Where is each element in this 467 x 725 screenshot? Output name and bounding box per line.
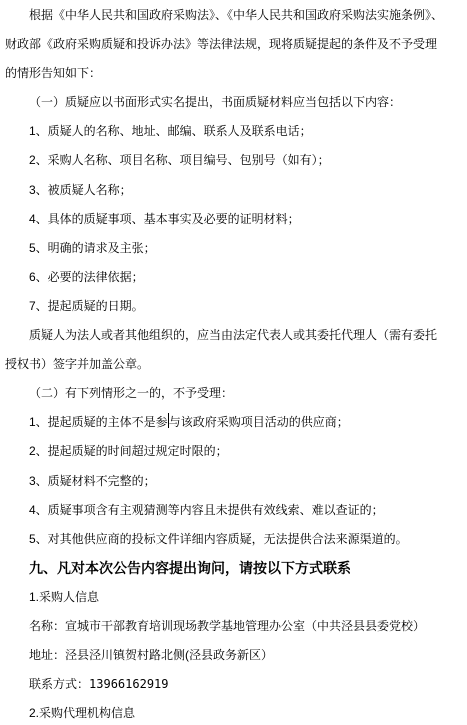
- doc-line-24: 2.采购代理机构信息: [5, 699, 463, 725]
- doc-line-9: 6、必要的法律依据；: [5, 263, 463, 292]
- doc-line-23: 联系方式：13966162919: [5, 670, 463, 699]
- doc-line-15: 2、提起质疑的时间超过规定时限的；: [5, 437, 463, 466]
- doc-line-14: 1、提起质疑的主体不是参与该政府采购项目活动的供应商；: [5, 408, 463, 437]
- contact-phone-number: 13966162919: [89, 677, 168, 691]
- doc-line-8: 5、明确的请求及主张；: [5, 234, 463, 263]
- doc-line-6: 3、被质疑人名称；: [5, 176, 463, 205]
- doc-line-22: 地址：泾县泾川镇贺村路北侧(泾县政务新区）: [5, 641, 463, 670]
- doc-line-17: 4、质疑事项含有主观猜测等内容且未提供有效线索、难以查证的；: [5, 496, 463, 525]
- doc-line-11: 质疑人为法人或者其他组织的，应当由法定代表人或其委托代理人（需有委托: [5, 321, 463, 350]
- section-heading-contact: 九、凡对本次公告内容提出询问，请按以下方式联系: [5, 554, 463, 583]
- doc-line-1: 财政部《政府采购质疑和投诉办法》等法律法规，现将质疑提起的条件及不予受理: [5, 30, 463, 59]
- doc-line-20: 1.采购人信息: [5, 583, 463, 612]
- doc-line-5: 2、采购人名称、项目名称、项目编号、包别号（如有）；: [5, 146, 463, 175]
- doc-line-14-text-post: 与该政府采购项目活动的供应商；: [169, 415, 349, 429]
- doc-line-21: 名称：宣城市干部教育培训现场教学基地管理办公室（中共泾县县委党校）: [5, 612, 463, 641]
- doc-line-16: 3、质疑材料不完整的；: [5, 467, 463, 496]
- doc-line-3: （一）质疑应以书面形式实名提出，书面质疑材料应当包括以下内容：: [5, 88, 463, 117]
- contact-phone-label: 联系方式：: [29, 677, 89, 691]
- document-page: 根据《中华人民共和国政府采购法》、《中华人民共和国政府采购法实施条例》、 财政部…: [0, 0, 467, 725]
- doc-line-12: 授权书）签字并加盖公章。: [5, 350, 463, 379]
- doc-line-2: 的情形告知如下：: [5, 59, 463, 88]
- doc-line-0: 根据《中华人民共和国政府采购法》、《中华人民共和国政府采购法实施条例》、: [5, 1, 463, 30]
- doc-line-4: 1、质疑人的名称、地址、邮编、联系人及联系电话；: [5, 117, 463, 146]
- doc-line-10: 7、提起质疑的日期。: [5, 292, 463, 321]
- doc-line-18: 5、对其他供应商的投标文件详细内容质疑，无法提供合法来源渠道的。: [5, 525, 463, 554]
- doc-line-14-text-pre: 1、提起质疑的主体不是参: [29, 415, 168, 429]
- doc-line-7: 4、具体的质疑事项、基本事实及必要的证明材料；: [5, 205, 463, 234]
- doc-line-13: （二）有下列情形之一的，不予受理：: [5, 379, 463, 408]
